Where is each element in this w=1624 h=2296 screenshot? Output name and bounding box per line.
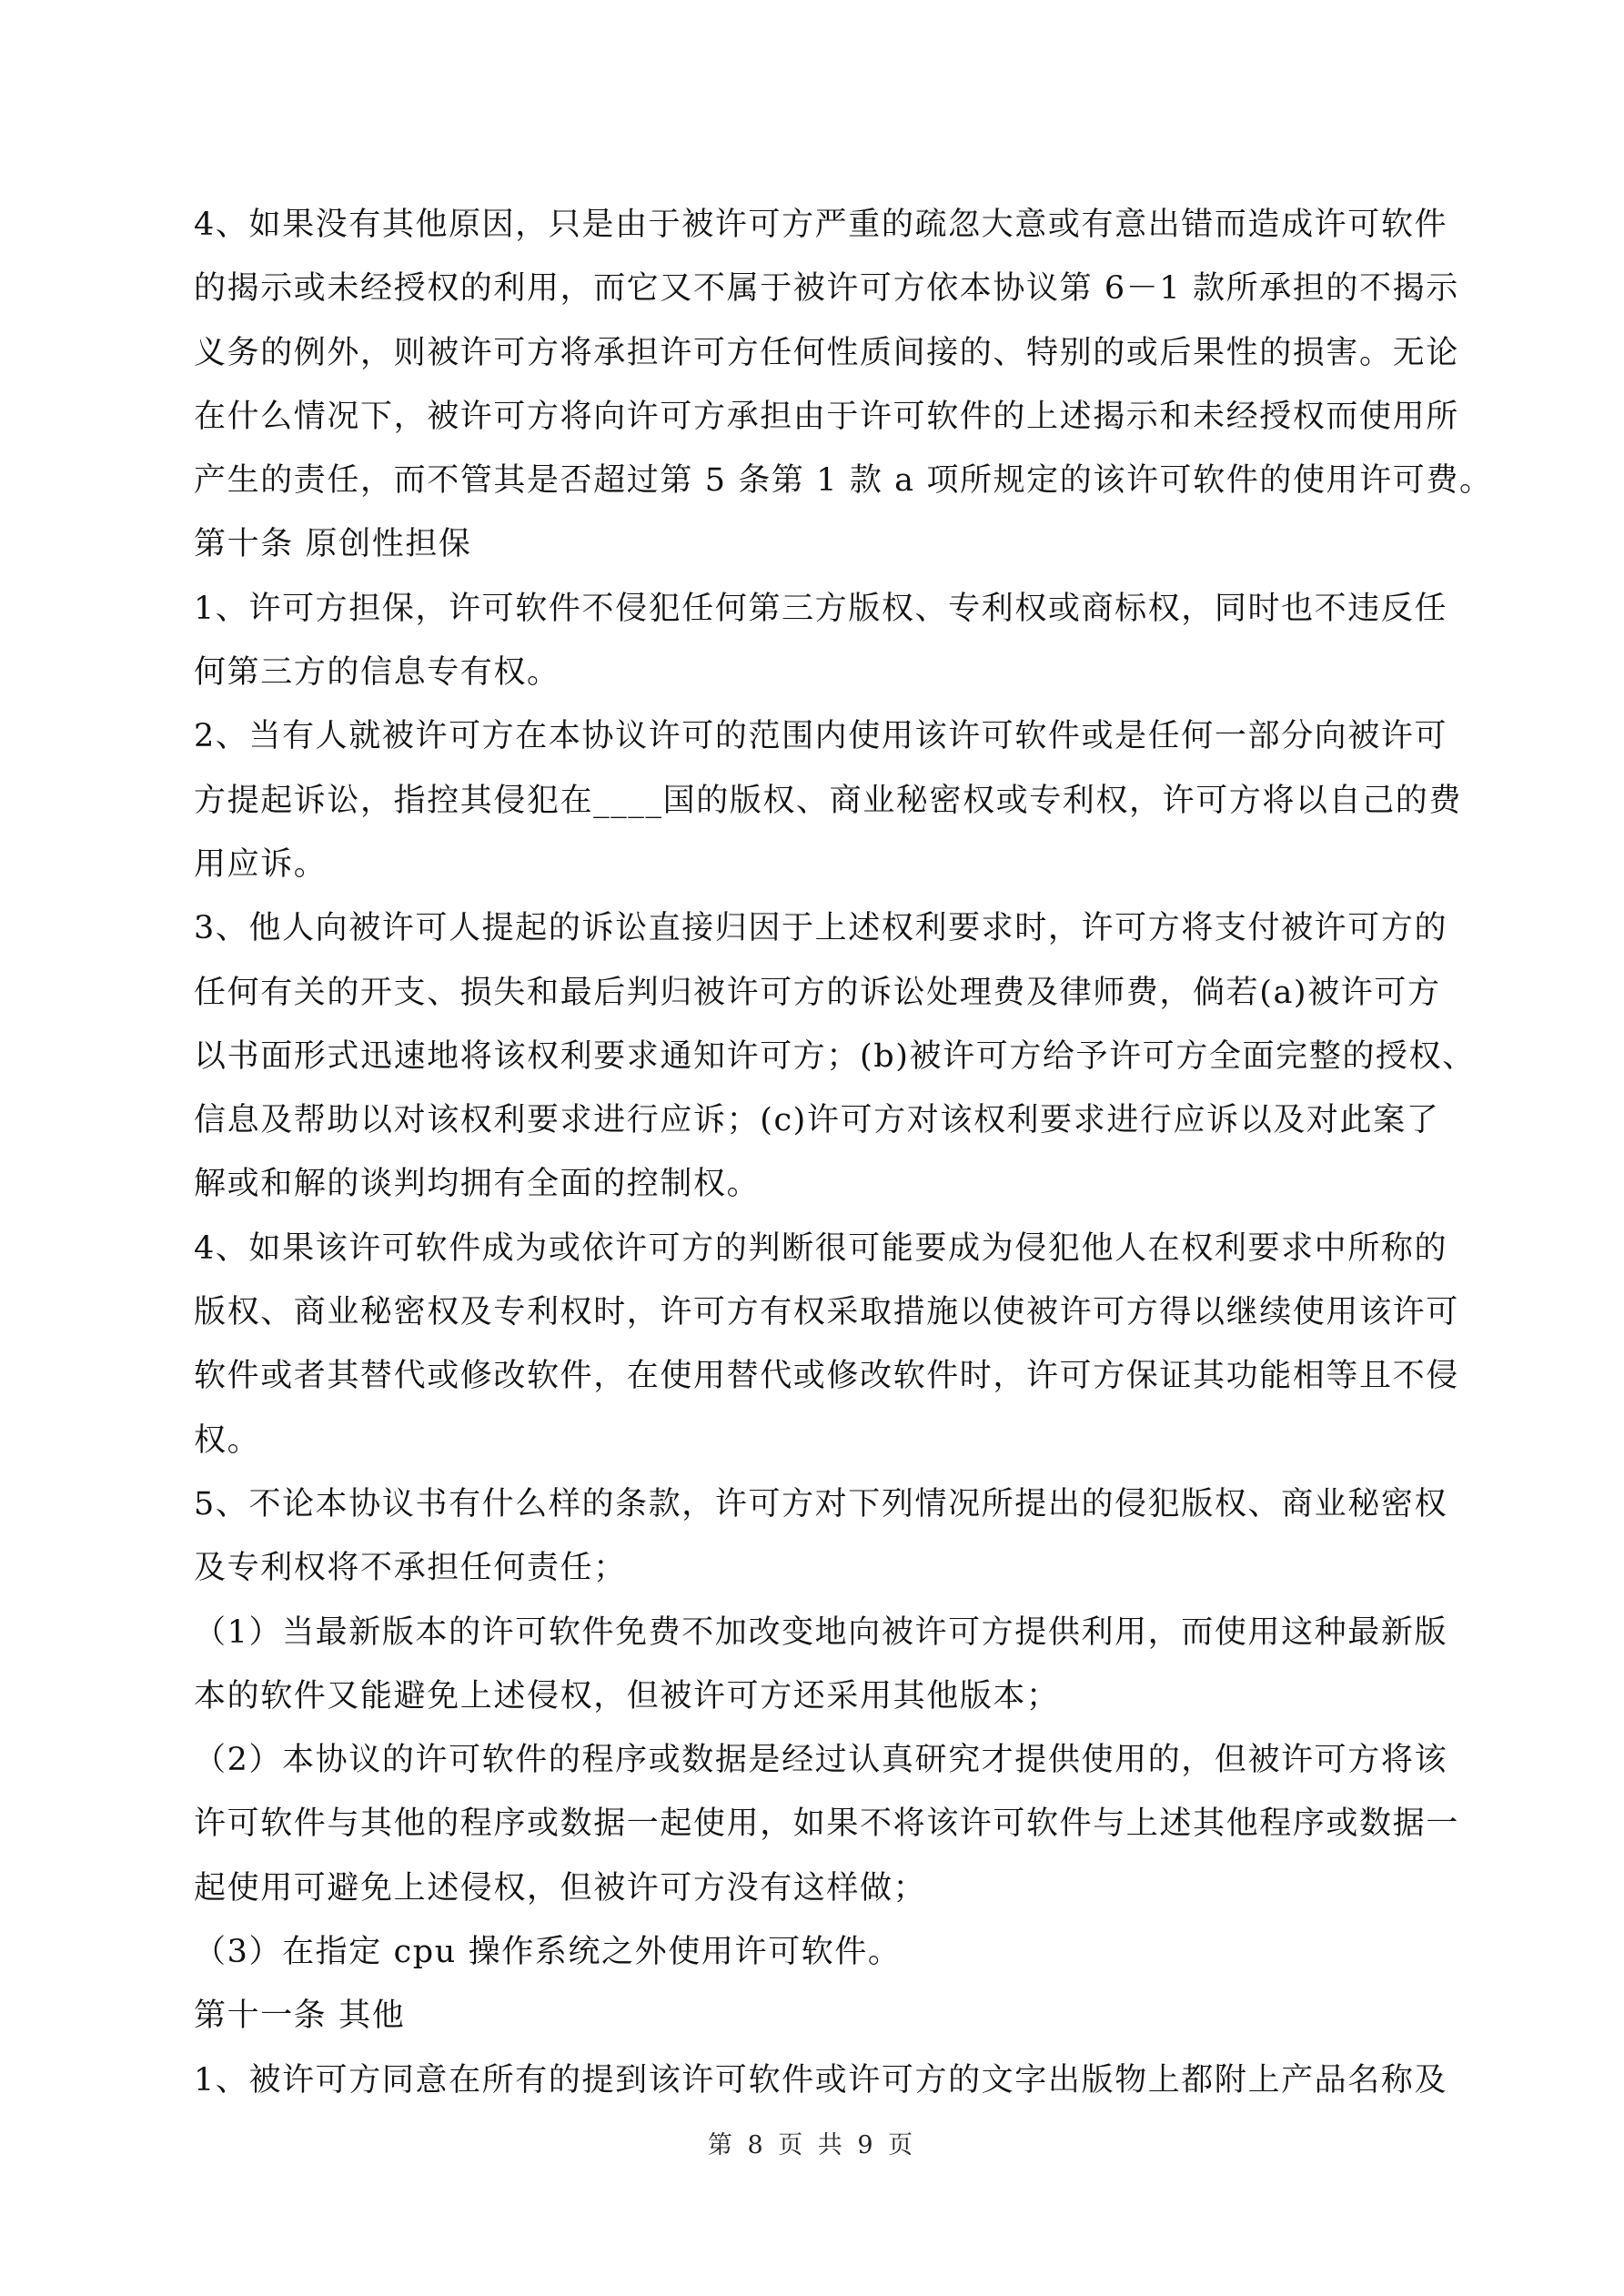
paragraph-clause-4-liability: 4、如果没有其他原因，只是由于被许可方严重的疏忽大意或有意出错而造成许可软件 的… [194, 202, 1433, 521]
text-line: 本的软件又能避免上述侵权，但被许可方还采用其他版本； [194, 1674, 1433, 1737]
page-number-footer: 第 8 页 共 9 页 [0, 2128, 1624, 2164]
text-line: （1）当最新版本的许可软件免费不加改变地向被许可方提供利用，而使用这种最新版 [194, 1610, 1433, 1674]
text-line: 5、不论本协议书有什么样的条款，许可方对下列情况所提出的侵犯版权、商业秘密权 [194, 1482, 1433, 1545]
paragraph-article-10-item-4: 4、如果该许可软件成为或依许可方的判断很可能要成为侵犯他人在权利要求中所称的 版… [194, 1226, 1433, 1482]
text-line: 3、他人向被许可人提起的诉讼直接归因于上述权利要求时，许可方将支付被许可方的 [194, 905, 1433, 969]
text-line: （2）本协议的许可软件的程序或数据是经过认真研究才提供使用的，但被许可方将该 [194, 1737, 1433, 1801]
text-line: 及专利权将不承担任何责任； [194, 1545, 1433, 1609]
document-page: 4、如果没有其他原因，只是由于被许可方严重的疏忽大意或有意出错而造成许可软件 的… [0, 0, 1624, 2296]
paragraph-article-10-item-5: 5、不论本协议书有什么样的条款，许可方对下列情况所提出的侵犯版权、商业秘密权 及… [194, 1482, 1433, 1610]
text-line: 解或和解的谈判均拥有全面的控制权。 [194, 1161, 1433, 1225]
paragraph-article-11-item-1: 1、被许可方同意在所有的提到该许可软件或许可方的文字出版物上都附上产品名称及 [194, 2058, 1433, 2121]
text-line: 用应诉。 [194, 842, 1433, 905]
section-heading-article-11: 第十一条 其他 [194, 1993, 1433, 2057]
paragraph-article-10-item-1: 1、许可方担保，许可软件不侵犯任何第三方版权、专利权或商标权，同时也不违反任 何… [194, 586, 1433, 714]
text-line: 1、被许可方同意在所有的提到该许可软件或许可方的文字出版物上都附上产品名称及 [194, 2058, 1433, 2121]
text-line: 义务的例外，则被许可方将承担许可方任何性质间接的、特别的或后果性的损害。无论 [194, 330, 1433, 394]
paragraph-article-10-item-2: 2、当有人就被许可方在本协议许可的范围内使用该许可软件或是任何一部分向被许可 方… [194, 713, 1433, 905]
sub-item-3: （3）在指定 cpu 操作系统之外使用许可软件。 [194, 1929, 1433, 1993]
text-line: 4、如果该许可软件成为或依许可方的判断很可能要成为侵犯他人在权利要求中所称的 [194, 1226, 1433, 1290]
text-line: 信息及帮助以对该权利要求进行应诉；(c)许可方对该权利要求进行应诉以及对此案了 [194, 1097, 1433, 1161]
section-heading-article-10: 第十条 原创性担保 [194, 521, 1433, 585]
text-line: 的揭示或未经授权的利用，而它又不属于被许可方依本协议第 6－1 款所承担的不揭示 [194, 266, 1433, 329]
document-body: 4、如果没有其他原因，只是由于被许可方严重的疏忽大意或有意出错而造成许可软件 的… [194, 202, 1433, 2121]
paragraph-article-10-item-3: 3、他人向被许可人提起的诉讼直接归因于上述权利要求时，许可方将支付被许可方的 任… [194, 905, 1433, 1225]
text-line: 产生的责任，而不管其是否超过第 5 条第 1 款 a 项所规定的该许可软件的使用… [194, 458, 1433, 521]
sub-item-1: （1）当最新版本的许可软件免费不加改变地向被许可方提供利用，而使用这种最新版 本… [194, 1610, 1433, 1738]
text-line: （3）在指定 cpu 操作系统之外使用许可软件。 [194, 1929, 1433, 1993]
text-line: 起使用可避免上述侵权，但被许可方没有这样做； [194, 1866, 1433, 1929]
text-line: 任何有关的开支、损失和最后判归被许可方的诉讼处理费及律师费，倘若(a)被许可方 [194, 970, 1433, 1034]
text-line: 软件或者其替代或修改软件，在使用替代或修改软件时，许可方保证其功能相等且不侵 [194, 1353, 1433, 1417]
text-line: 方提起诉讼，指控其侵犯在____国的版权、商业秘密权或专利权，许可方将以自己的费 [194, 778, 1433, 842]
text-line: 1、许可方担保，许可软件不侵犯任何第三方版权、专利权或商标权，同时也不违反任 [194, 586, 1433, 650]
text-line: 权。 [194, 1418, 1433, 1482]
text-line: 以书面形式迅速地将该权利要求通知许可方；(b)被许可方给予许可方全面完整的授权、 [194, 1034, 1433, 1097]
text-line: 许可软件与其他的程序或数据一起使用，如果不将该许可软件与上述其他程序或数据一 [194, 1801, 1433, 1865]
sub-item-2: （2）本协议的许可软件的程序或数据是经过认真研究才提供使用的，但被许可方将该 许… [194, 1737, 1433, 1929]
text-line: 在什么情况下，被许可方将向许可方承担由于许可软件的上述揭示和未经授权而使用所 [194, 394, 1433, 458]
text-line: 4、如果没有其他原因，只是由于被许可方严重的疏忽大意或有意出错而造成许可软件 [194, 202, 1433, 266]
text-line: 2、当有人就被许可方在本协议许可的范围内使用该许可软件或是任何一部分向被许可 [194, 713, 1433, 777]
text-line: 版权、商业秘密权及专利权时，许可方有权采取措施以使被许可方得以继续使用该许可 [194, 1290, 1433, 1353]
text-line: 何第三方的信息专有权。 [194, 650, 1433, 713]
